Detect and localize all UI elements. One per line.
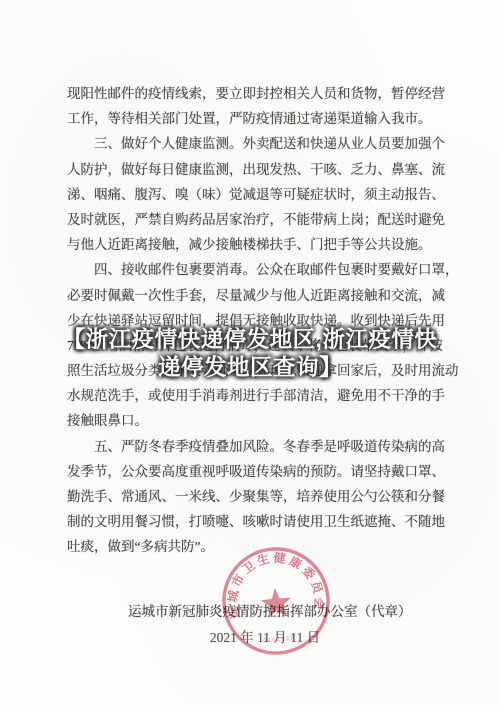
document-line: 工作，等待相关部门处置，严防疫情通过寄递渠道输入我市。: [67, 106, 449, 131]
seal-code: 0101955: [263, 635, 295, 644]
title-line-2: 递停发地区查询】: [0, 354, 500, 382]
title-line-1: 【浙江疫情快递停发地区,浙江疫情快: [0, 326, 500, 354]
document-line: 必要时佩戴一次性手套，尽量减少与他人近距离接触和交流，减: [67, 283, 449, 308]
document-line: 发季节，公众要高度重视呼吸道传染病的预防。请坚持戴口罩、: [67, 459, 449, 484]
official-seal: 运城市卫生健康委员会 0101955: [200, 525, 352, 677]
document-body: 现阳性邮件的疫情线索，要立即封控相关人员和货物，暂停经营工作，等待相关部门处置，…: [67, 81, 449, 560]
title-overlay: 【浙江疫情快递停发地区,浙江疫情快 递停发地区查询】: [0, 326, 500, 382]
document-line: 现阳性邮件的疫情线索，要立即封控相关人员和货物，暂停经营: [67, 81, 449, 106]
document-line: 水规范洗手，或使用手消毒剂进行手部清洁，避免用不干净的手: [67, 383, 449, 408]
document-line: 五、严防冬春季疫情叠加风险。冬春季是呼吸道传染病的高: [67, 434, 449, 459]
document-line: 三、做好个人健康监测。外卖配送和快递从业人员要加强个: [67, 131, 449, 156]
document-line: 制的文明用餐习惯，打喷嚏、咳嗽时请使用卫生纸遮掩、不随地: [67, 509, 449, 534]
document-line: 与他人近距离接触，减少接触楼梯扶手、门把手等公共设施。: [67, 232, 449, 257]
document-line: 四、接收邮件包裹要消毒。公众在取邮件包裹时要戴好口罩，: [67, 257, 449, 282]
document-line: 人防护，做好每日健康监测，出现发热、干咳、乏力、鼻塞、流: [67, 157, 449, 182]
document-line: 接触眼鼻口。: [67, 408, 449, 433]
document-line: 涕、咽痛、腹泻、嗅（味）觉减退等可疑症状时，须主动报告、: [67, 182, 449, 207]
document-line: 勤洗手、常通风、一米线、少聚集等，培养使用公勺公筷和分餐: [67, 484, 449, 509]
seal-star: [260, 587, 293, 618]
scanned-notice-page: 现阳性邮件的疫情线索，要立即封控相关人员和货物，暂停经营工作，等待相关部门处置，…: [0, 0, 500, 705]
document-line: 及时就医，严禁自购药品居家治疗，不能带病上岗；配送时避免: [67, 207, 449, 232]
